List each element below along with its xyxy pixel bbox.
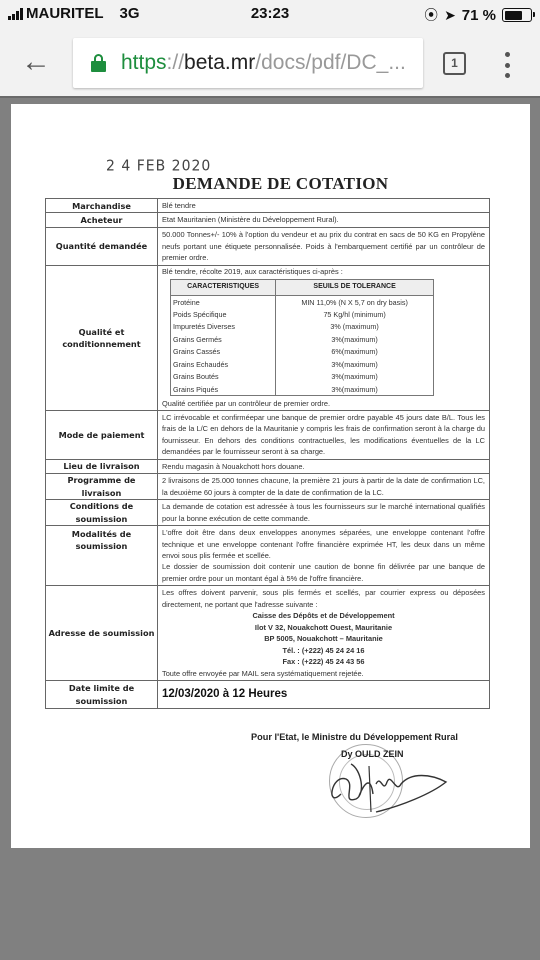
address-line: Ilot V 32, Nouakchott Ouest, Mauritanie [162, 622, 485, 633]
characteristic-row: Impuretés Diverses3% (maximum) [171, 321, 434, 334]
url-host: beta.mr [184, 51, 255, 75]
table-row: Mode de paiement LC irrévocable et confi… [46, 410, 490, 459]
rotation-lock-icon: ⦿ [424, 5, 438, 25]
characteristic-name: Grains Echaudés [171, 358, 276, 371]
address-line: Tél. : (+222) 45 24 24 16 [162, 645, 485, 656]
characteristic-name: Protéine [171, 296, 276, 309]
battery-icon [502, 8, 532, 22]
adresse-intro: Les offres doivent parvenir, sous plis f… [162, 587, 485, 610]
row-label-modalites: Modalités de soumission [46, 526, 158, 586]
row-label-paiement: Mode de paiement [46, 410, 158, 459]
row-label-acheteur: Acheteur [46, 213, 158, 227]
characteristics-header: CARACTERISTIQUES SEUILS DE TOLERANCE [171, 280, 434, 296]
characteristic-name: Grains Germés [171, 333, 276, 346]
tolerance-threshold: 75 Kg/hl (minimum) [276, 308, 434, 321]
tolerance-threshold: 3% (maximum) [276, 321, 434, 334]
row-label-adresse: Adresse de soumission [46, 586, 158, 681]
modalites-paragraph-2: Le dossier de soumission doit contenir u… [162, 561, 485, 584]
characteristic-row: Grains Cassés6%(maximum) [171, 346, 434, 359]
characteristic-row: Grains Germés3%(maximum) [171, 333, 434, 346]
tolerance-threshold: 6%(maximum) [276, 346, 434, 359]
characteristic-name: Grains Cassés [171, 346, 276, 359]
lock-icon [91, 54, 106, 72]
url-path: /docs/pdf/DC_... [255, 51, 406, 75]
address-line: BP 5005, Nouakchott – Mauritanie [162, 633, 485, 644]
row-label-lieu: Lieu de livraison [46, 459, 158, 473]
row-label-conditions: Conditions de soumission [46, 500, 158, 526]
characteristic-row: Grains Piqués3%(maximum) [171, 383, 434, 396]
row-value-conditions: La demande de cotation est adressée à to… [158, 500, 490, 526]
handwritten-signature [321, 754, 451, 814]
row-value-lieu: Rendu magasin à Nouakchott hors douane. [158, 459, 490, 473]
adresse-outro: Toute offre envoyée par MAIL sera systém… [162, 668, 485, 679]
status-bar: MAURITEL 3G 23:23 ⦿ ➤ 71 % [0, 0, 540, 30]
battery-fill [505, 11, 523, 20]
tolerance-threshold: 3%(maximum) [276, 383, 434, 396]
tabs-icon[interactable]: 1 [443, 52, 466, 75]
pdf-page: 2 4 FEB 2020 DEMANDE DE COTATION Marchan… [11, 104, 530, 848]
tolerance-threshold: 3%(maximum) [276, 371, 434, 384]
row-value-modalites: L'offre doit être dans deux enveloppes a… [158, 526, 490, 586]
table-row: Marchandise Blé tendre [46, 199, 490, 213]
tolerance-threshold: 3%(maximum) [276, 358, 434, 371]
tolerance-threshold: MIN 11,0% (N X 5,7 on dry basis) [276, 296, 434, 309]
row-value-adresse: Les offres doivent parvenir, sous plis f… [158, 586, 490, 681]
characteristic-row: Grains Echaudés3%(maximum) [171, 358, 434, 371]
url-scheme: https [121, 51, 167, 75]
url-bar[interactable]: https://beta.mr/docs/pdf/DC_... [73, 38, 423, 88]
row-value-paiement: LC irrévocable et confirméepar une banqu… [158, 410, 490, 459]
row-value-qualite: Blé tendre, récolte 2019, aux caractéris… [158, 265, 490, 410]
characteristic-name: Poids Spécifique [171, 308, 276, 321]
column-header: CARACTERISTIQUES [171, 280, 276, 296]
table-row: Qualité et conditionnement Blé tendre, r… [46, 265, 490, 410]
url-separator: :// [167, 51, 185, 75]
quotation-table: Marchandise Blé tendre Acheteur Etat Mau… [45, 198, 490, 709]
row-value-programme: 2 livraisons de 25.000 tonnes chacune, l… [158, 474, 490, 500]
characteristic-row: Grains Boutés3%(maximum) [171, 371, 434, 384]
location-icon: ➤ [444, 7, 456, 24]
table-row: Conditions de soumission La demande de c… [46, 500, 490, 526]
row-value-date-limite: 12/03/2020 à 12 Heures [158, 681, 490, 709]
modalites-paragraph-1: L'offre doit être dans deux enveloppes a… [162, 527, 485, 561]
characteristic-name: Impuretés Diverses [171, 321, 276, 334]
row-label-marchandise: Marchandise [46, 199, 158, 213]
row-value-marchandise: Blé tendre [158, 199, 490, 213]
address-line: Caisse des Dépôts et de Développement [162, 610, 485, 621]
table-row: Programme de livraison 2 livraisons de 2… [46, 474, 490, 500]
row-label-programme: Programme de livraison [46, 474, 158, 500]
table-row: Lieu de livraison Rendu magasin à Nouakc… [46, 459, 490, 473]
table-row: Acheteur Etat Mauritanien (Ministère du … [46, 213, 490, 227]
row-value-acheteur: Etat Mauritanien (Ministère du Développe… [158, 213, 490, 227]
overflow-menu-icon[interactable] [502, 52, 512, 78]
characteristic-name: Grains Piqués [171, 383, 276, 396]
characteristics-table: CARACTERISTIQUES SEUILS DE TOLERANCE Pro… [170, 279, 434, 396]
browser-toolbar: ← https://beta.mr/docs/pdf/DC_... 1 [0, 30, 540, 98]
column-header: SEUILS DE TOLERANCE [276, 280, 434, 296]
characteristic-name: Grains Boutés [171, 371, 276, 384]
table-row: Adresse de soumission Les offres doivent… [46, 586, 490, 681]
received-date-stamp: 2 4 FEB 2020 [106, 157, 211, 175]
row-label-quantite: Quantité demandée [46, 227, 158, 265]
address-line: Fax : (+222) 45 24 43 56 [162, 656, 485, 667]
row-label-qualite: Qualité et conditionnement [46, 265, 158, 410]
table-row: Date limite de soumission 12/03/2020 à 1… [46, 681, 490, 709]
battery-percent: 71 % [462, 7, 496, 24]
table-row: Modalités de soumission L'offre doit êtr… [46, 526, 490, 586]
row-value-quantite: 50.000 Tonnes+/- 10% à l'option du vende… [158, 227, 490, 265]
tolerance-threshold: 3%(maximum) [276, 333, 434, 346]
row-label-date-limite: Date limite de soumission [46, 681, 158, 709]
quality-outro: Qualité certifiée par un contrôleur de p… [162, 398, 485, 409]
quality-intro: Blé tendre, récolte 2019, aux caractéris… [162, 266, 485, 277]
back-arrow-icon[interactable]: ← [20, 48, 52, 80]
address-block: Caisse des Dépôts et de DéveloppementIlo… [162, 610, 485, 667]
document-title: DEMANDE DE COTATION [11, 174, 530, 194]
table-row: Quantité demandée 50.000 Tonnes+/- 10% à… [46, 227, 490, 265]
signature-caption: Pour l'Etat, le Ministre du Développemen… [251, 732, 458, 742]
characteristic-row: ProtéineMIN 11,0% (N X 5,7 on dry basis) [171, 296, 434, 309]
characteristic-row: Poids Spécifique75 Kg/hl (minimum) [171, 308, 434, 321]
